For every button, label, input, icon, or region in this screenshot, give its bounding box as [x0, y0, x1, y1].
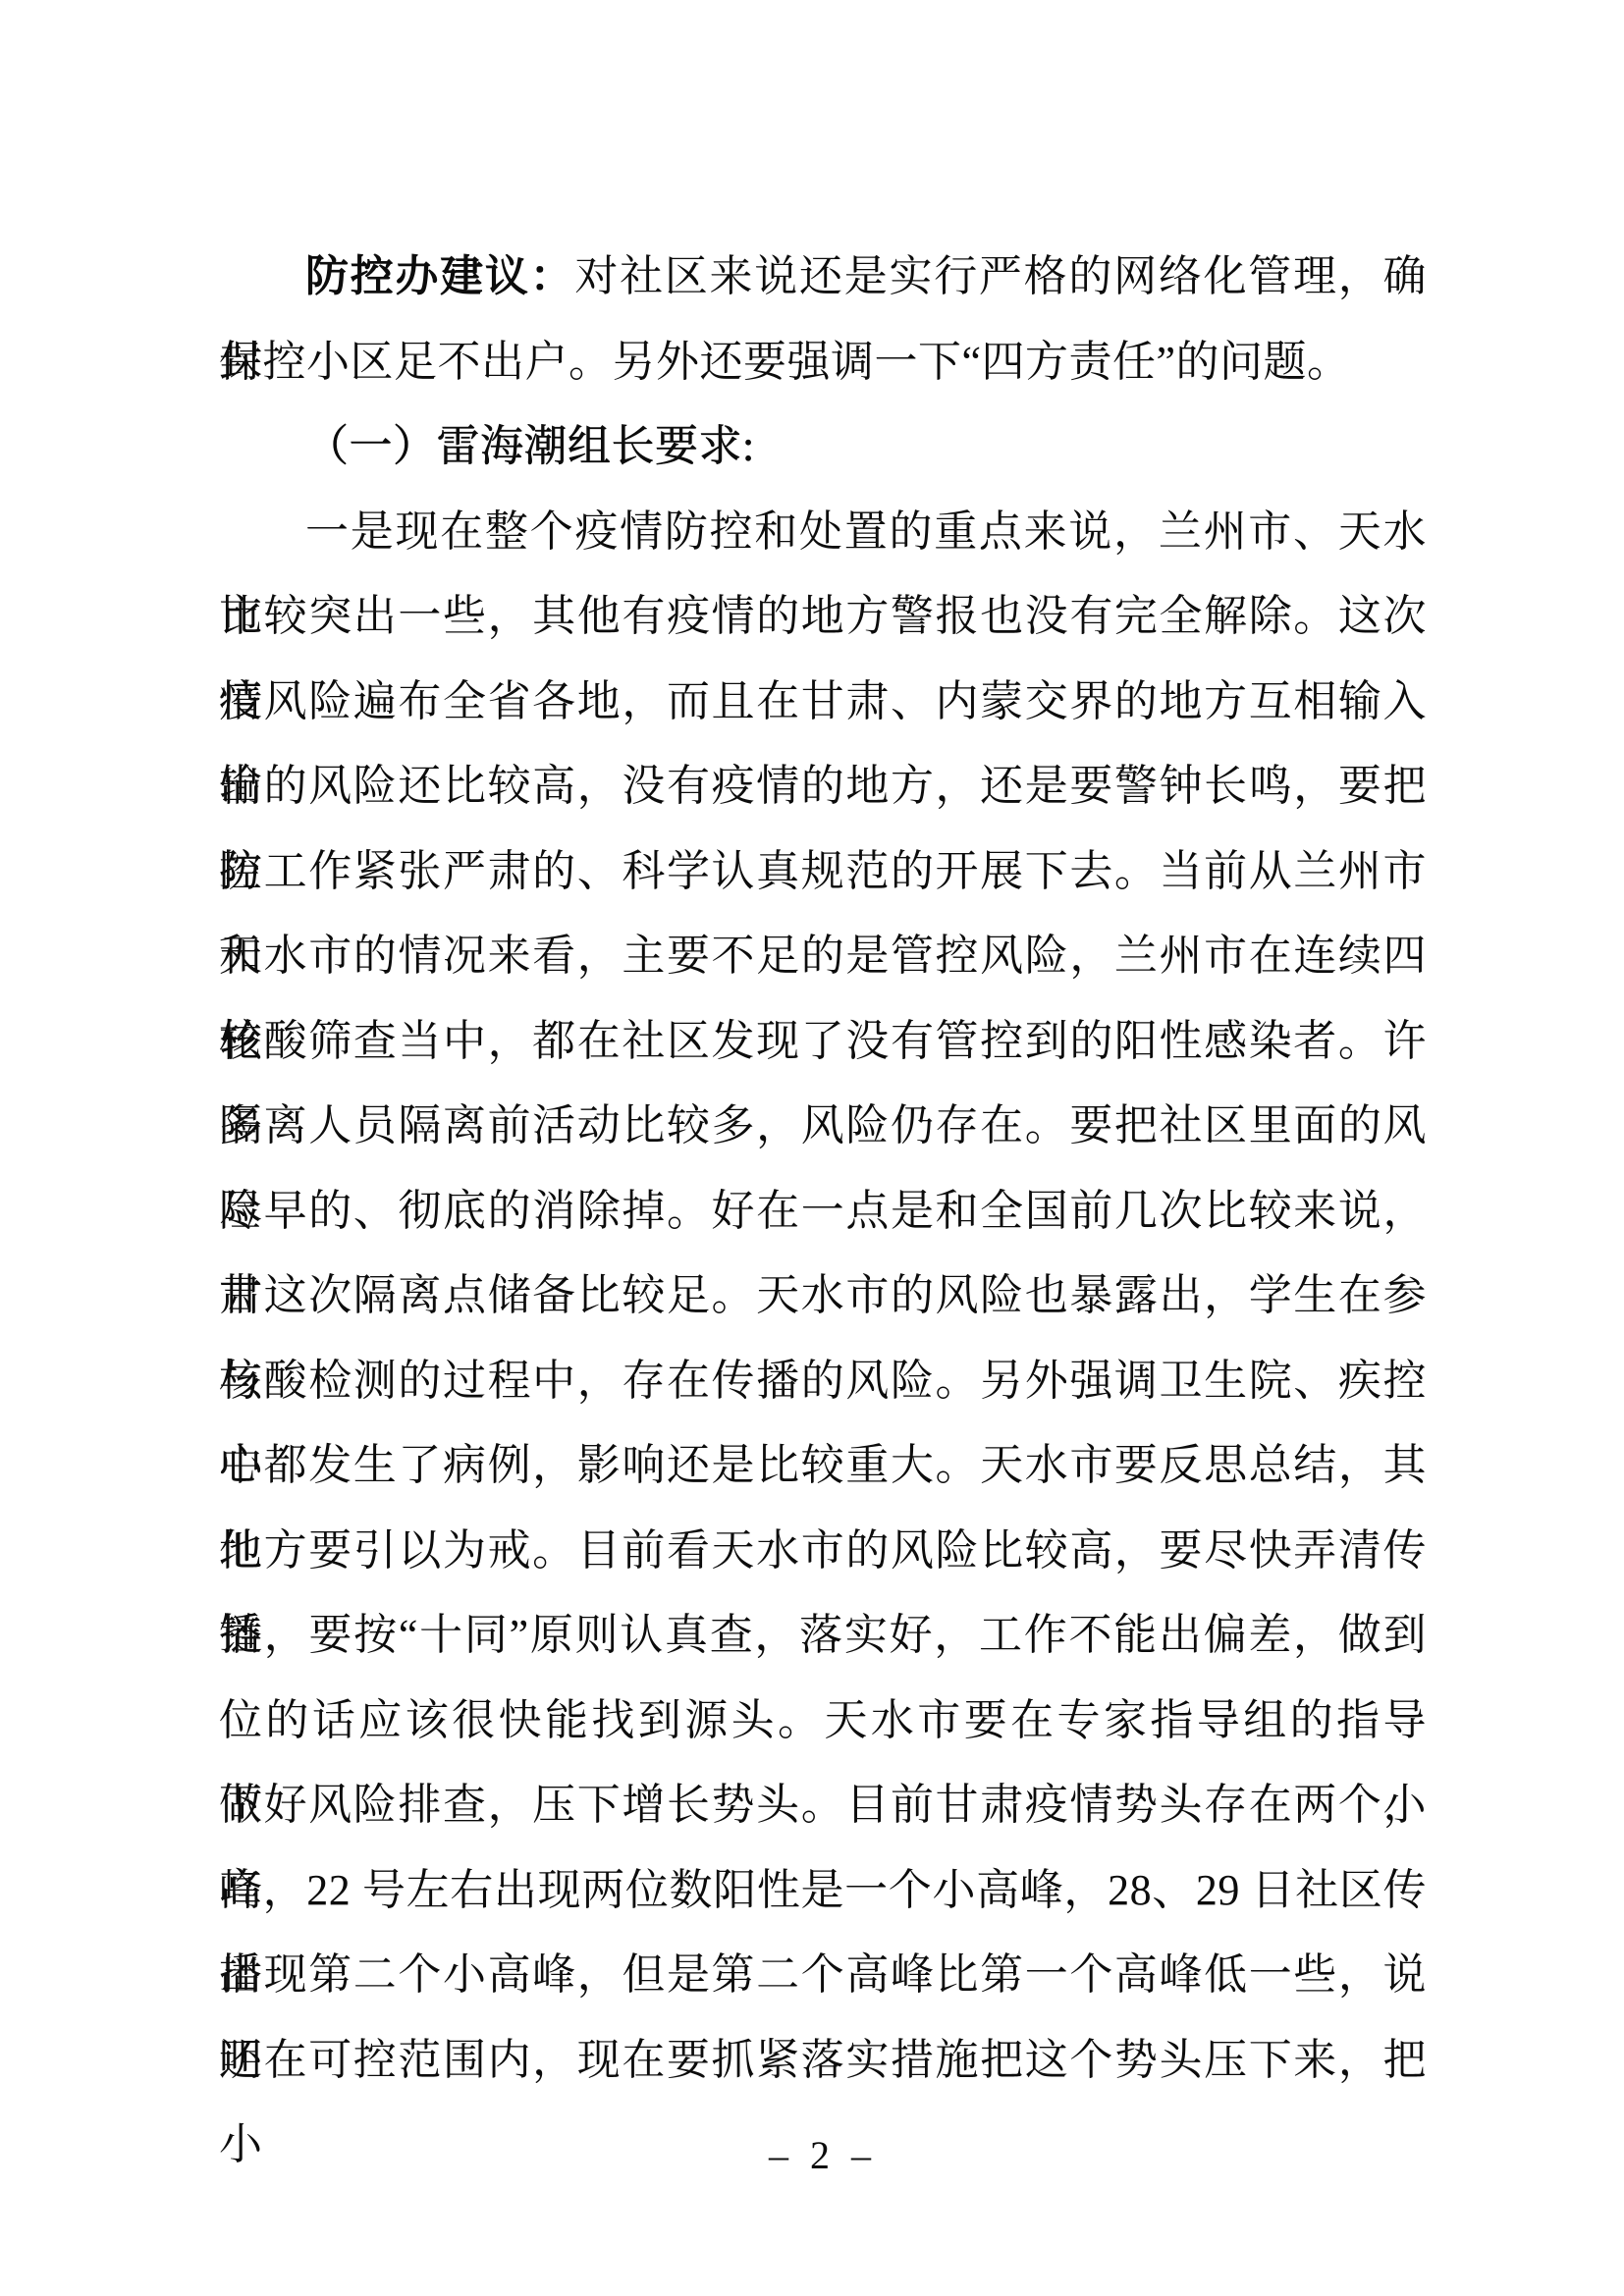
document-line: 核酸检测的过程中，存在传播的风险。另外强调卫生院、疾控中 [219, 1339, 1427, 1424]
line-bold-lead: 防控办建议： [305, 252, 574, 300]
document-page: 防控办建议：对社区来说还是实行严格的网络化管理，确保封控小区足不出户。另外还要强… [0, 0, 1624, 2296]
line-text: 封控小区足不出户。另外还要强调一下“四方责任”的问题。 [219, 338, 1351, 386]
line-text: 链，要按“十同”原则认真查，落实好，工作不能出偏差，做到 [219, 1611, 1427, 1659]
document-line: 封控小区足不出户。另外还要强调一下“四方责任”的问题。 [219, 320, 1427, 405]
document-line: 情风险遍布全省各地，而且在甘肃、内蒙交界的地方互相输入输 [219, 660, 1427, 745]
document-line: 肃这次隔离点储备比较足。天水市的风险也暴露出，学生在参与 [219, 1254, 1427, 1339]
document-line: 防控办建议：对社区来说还是实行严格的网络化管理，确保 [219, 235, 1427, 320]
document-line: 尽早的、彻底的消除掉。好在一点是和全国前几次比较来说，甘 [219, 1169, 1427, 1255]
page-number: – 2 – [219, 2126, 1427, 2185]
document-line: 出的风险还比较高，没有疫情的地方，还是要警钟长鸣，要把防 [219, 744, 1427, 829]
document-line: 地方要引以为戒。目前看天水市的风险比较高，要尽快弄清传播 [219, 1509, 1427, 1594]
document-line: 一是现在整个疫情防控和处置的重点来说，兰州市、天水市 [219, 490, 1427, 575]
document-line: 峰，22 号左右出现两位数阳性是一个小高峰，28、29 日社区传播 [219, 1848, 1427, 1934]
document-line: 控工作紧张严肃的、科学认真规范的开展下去。当前从兰州市和 [219, 829, 1427, 915]
document-line: 还在可控范围内，现在要抓紧落实措施把这个势头压下来，把小 [219, 2018, 1427, 2104]
document-line: 做好风险排查，压下增长势头。目前甘肃疫情势头存在两个小高 [219, 1763, 1427, 1848]
document-line: 隔离人员隔离前活动比较多，风险仍存在。要把社区里面的风险 [219, 1084, 1427, 1169]
document-line: 比较突出一些，其他有疫情的地方警报也没有完全解除。这次疫 [219, 574, 1427, 660]
document-line: （一）雷海潮组长要求: [219, 404, 1427, 490]
text-block: 防控办建议：对社区来说还是实行严格的网络化管理，确保封控小区足不出户。另外还要强… [219, 235, 1427, 2103]
document-line: 链，要按“十同”原则认真查，落实好，工作不能出偏差，做到 [219, 1593, 1427, 1679]
document-line: 出现第二个小高峰，但是第二个高峰比第一个高峰低一些，说明 [219, 1933, 1427, 2018]
document-line: 核酸筛查当中，都在社区发现了没有管控到的阳性感染者。许多 [219, 999, 1427, 1085]
document-line: 心都发生了病例，影响还是比较重大。天水市要反思总结，其他 [219, 1423, 1427, 1509]
document-line: 天水市的情况来看，主要不足的是管控风险，兰州市在连续四轮 [219, 914, 1427, 999]
line-text: （一）雷海潮组长要求: [305, 422, 755, 470]
document-line: 位的话应该很快能找到源头。天水市要在专家指导组的指导下， [219, 1679, 1427, 1764]
